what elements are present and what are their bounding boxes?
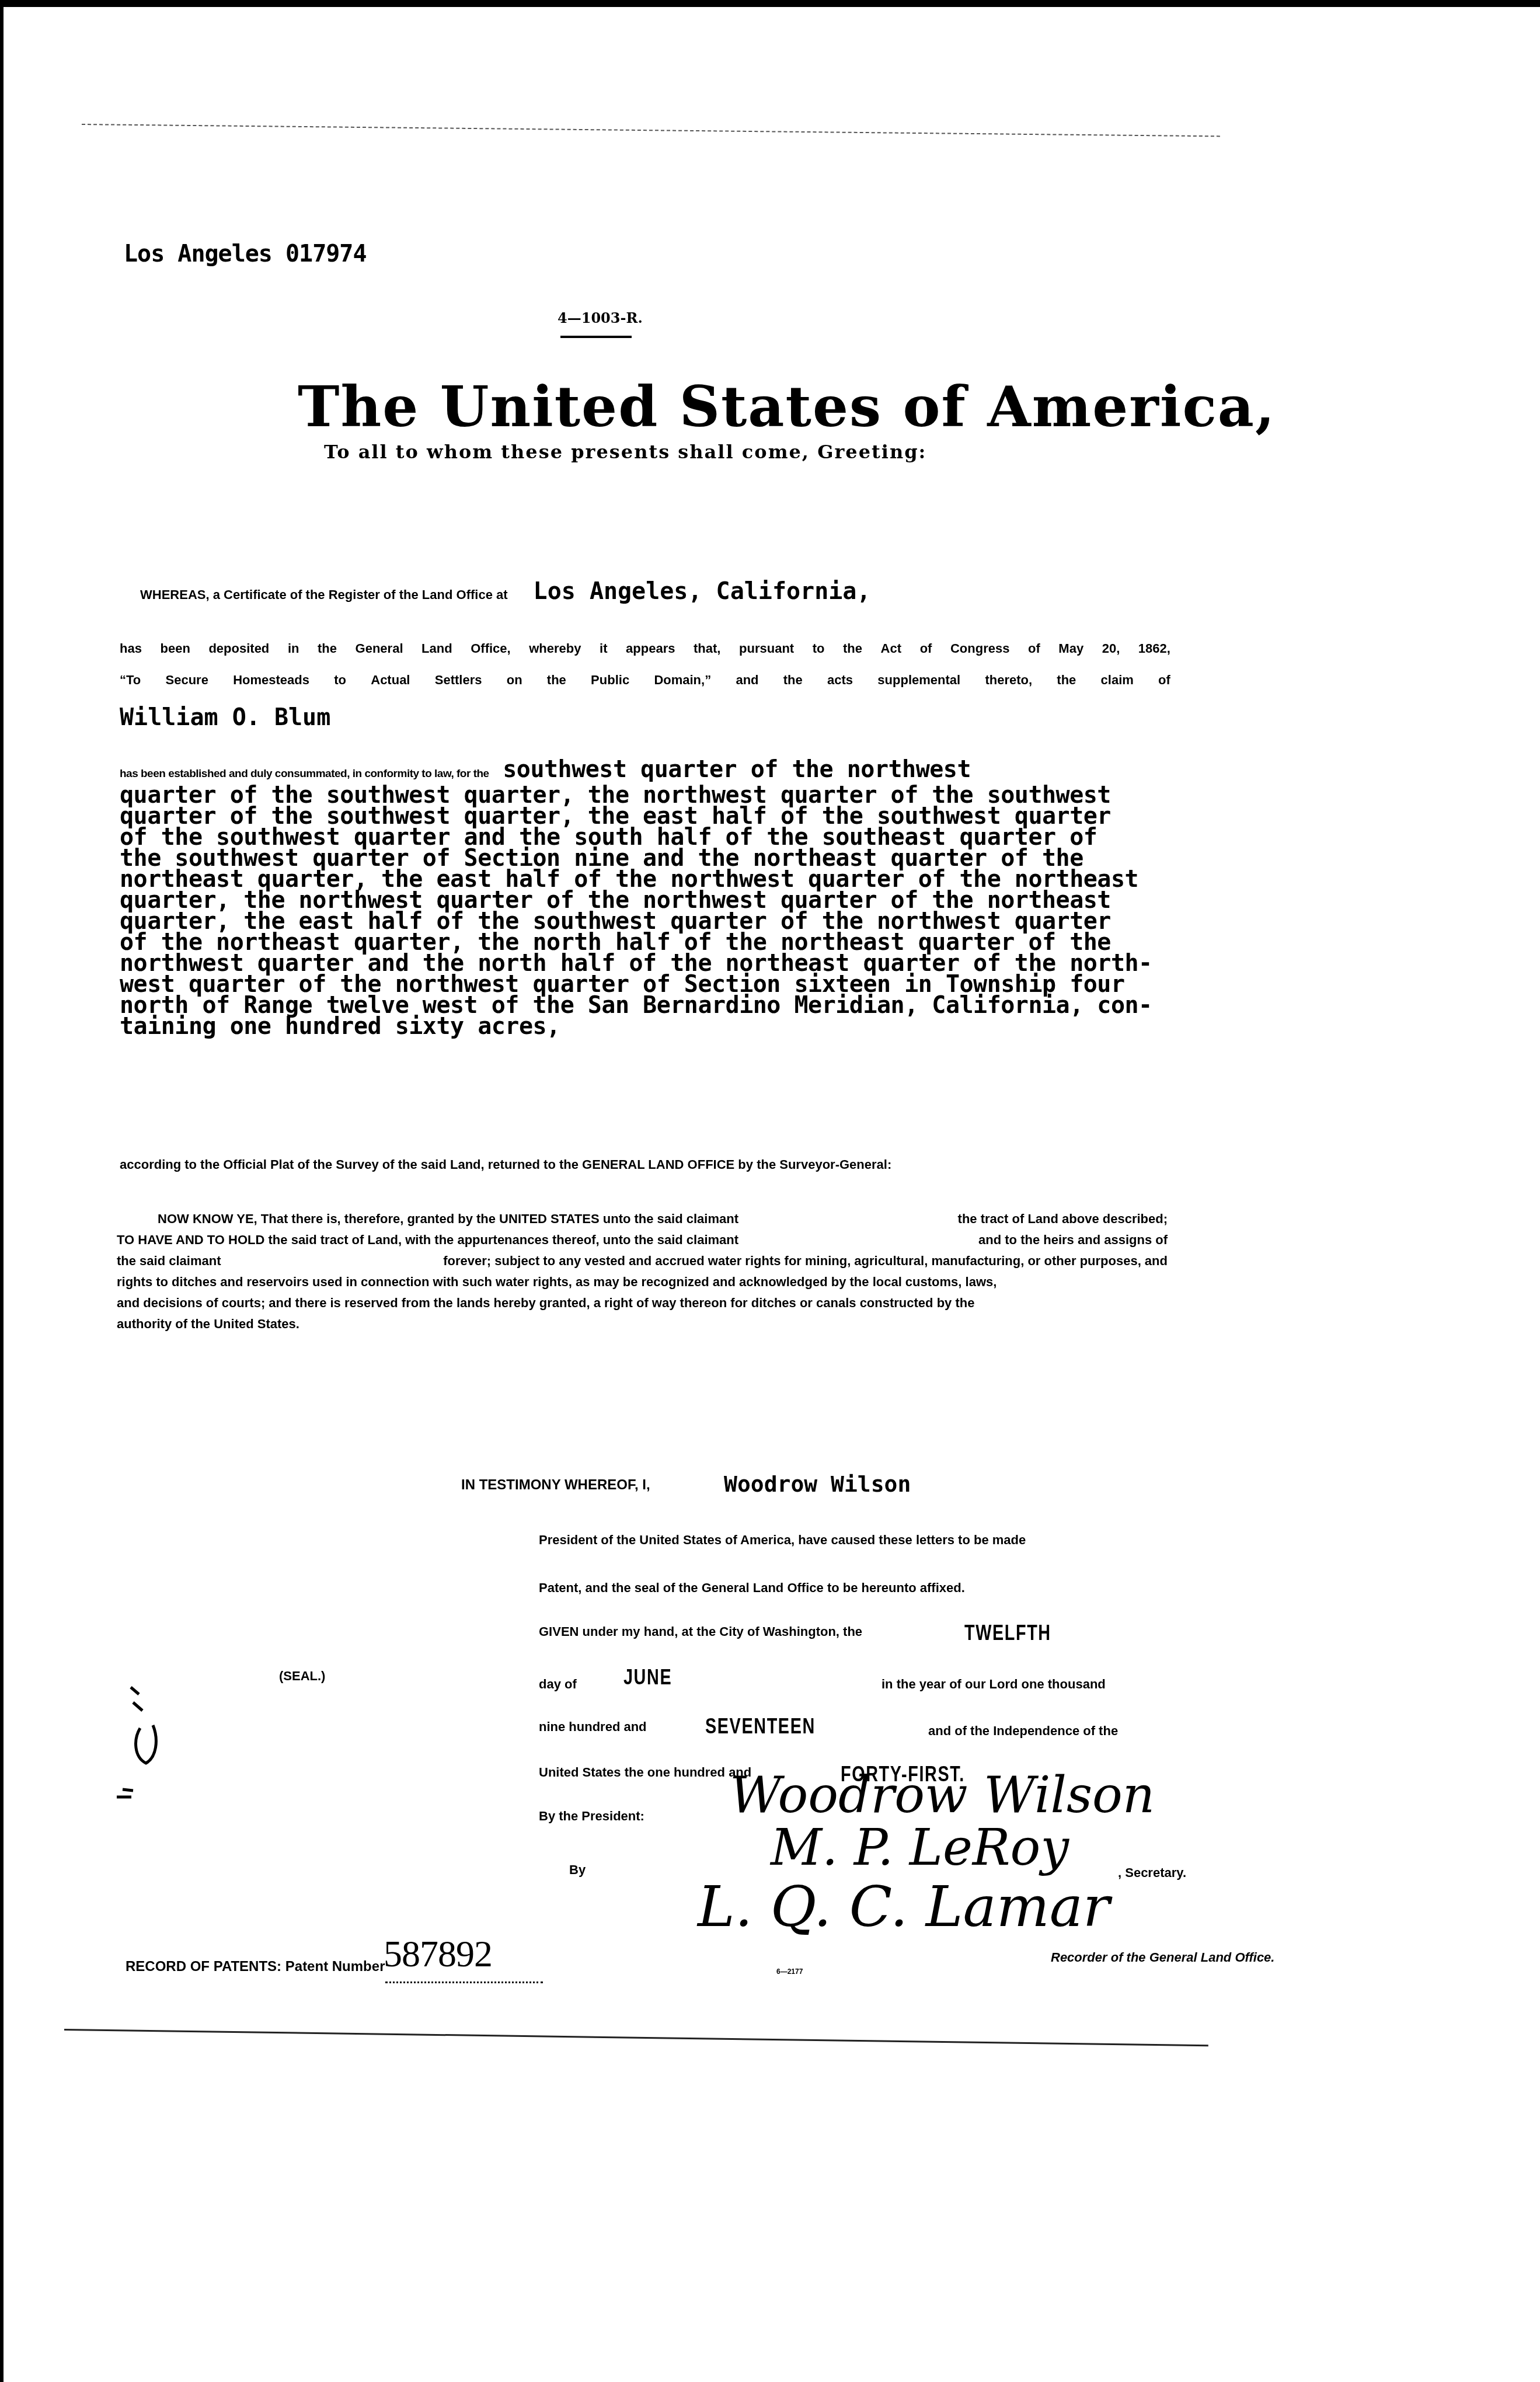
whereas-line: WHEREAS, a Certificate of the Register o… [140, 578, 871, 605]
grant-line-segment: the said claimant [117, 1251, 221, 1272]
scan-rule-bottom [64, 2029, 1208, 2046]
seal-label: (SEAL.) [279, 1669, 325, 1684]
land-office-location: Los Angeles, California, [534, 578, 871, 605]
whereas-2-word: 1862, [1138, 641, 1170, 656]
whereas-line-3: “ToSecureHomesteadstoActualSettlersonthe… [120, 673, 1170, 688]
whereas-2-word: deposited [208, 641, 269, 656]
whereas-2-word: 20, [1102, 641, 1120, 656]
day-of-label: day of [539, 1677, 577, 1692]
whereas-2-word: the [843, 641, 862, 656]
whereas-line-2: hasbeendepositedintheGeneralLandOffice,w… [120, 641, 1170, 656]
document-title: The United States of America, [298, 374, 1276, 440]
month-value: JUNE [623, 1665, 672, 1690]
whereas-3-word: claim [1101, 673, 1134, 688]
form-code: 6—2177 [776, 1967, 803, 1976]
whereas-2-word: has [120, 641, 142, 656]
grant-line: and decisions of courts; and there is re… [117, 1293, 1168, 1314]
whereas-3-word: of [1158, 673, 1170, 688]
grant-clause: NOW KNOW YE, That there is, therefore, g… [117, 1209, 1168, 1335]
grant-line: rights to ditches and reservoirs used in… [117, 1272, 1168, 1293]
form-number-rule [560, 336, 632, 338]
land-description: has been established and duly consummate… [120, 759, 1170, 1037]
whereas-3-word: the [547, 673, 566, 688]
grant-line-segment: the tract of Land above described; [958, 1209, 1168, 1230]
whereas-3-word: to [334, 673, 346, 688]
whereas-2-word: Congress [950, 641, 1009, 656]
whereas-2-word: Act [881, 641, 901, 656]
whereas-3-word: Actual [371, 673, 410, 688]
whereas-3-word: supplemental [877, 673, 960, 688]
land-first: southwest quarter of the northwest [503, 756, 971, 783]
us-hundred-label: United States the one hundred and [539, 1765, 751, 1780]
claimant-name: William O. Blum [120, 704, 330, 731]
file-number: Los Angeles 017974 [124, 241, 366, 267]
plat-statement: according to the Official Plat of the Su… [120, 1157, 891, 1172]
whereas-3-word: “To [120, 673, 141, 688]
secretary-signature: M. P. LeRoy [771, 1819, 1069, 1877]
patent-number-underline [385, 1981, 543, 1983]
grant-line-segment: and decisions of courts; and there is re… [117, 1293, 974, 1314]
given-line: GIVEN under my hand, at the City of Wash… [539, 1624, 862, 1639]
patent-number: 587892 [384, 1932, 492, 1976]
whereas-2-word: in [288, 641, 299, 656]
whereas-2-word: Land [421, 641, 452, 656]
whereas-3-word: Settlers [435, 673, 482, 688]
year-lord-label: in the year of our Lord one thousand [882, 1677, 1106, 1692]
whereas-2-word: pursuant [739, 641, 794, 656]
president-signature: Woodrow Wilson [730, 1766, 1155, 1824]
whereas-2-word: May [1058, 641, 1083, 656]
by-president-label: By the President: [539, 1809, 644, 1824]
seal-marks-icon [105, 1670, 175, 1822]
whereas-3-word: Public [591, 673, 629, 688]
whereas-3-word: Homesteads [233, 673, 309, 688]
scan-border-left [0, 0, 4, 2382]
scan-border-top [0, 0, 1540, 7]
scan-rule-top [82, 124, 1220, 137]
testimony-line-2: Patent, and the seal of the General Land… [539, 1580, 965, 1596]
independence-label: and of the Independence of the [928, 1723, 1118, 1739]
grant-line-segment: TO HAVE AND TO HOLD the said tract of La… [117, 1230, 738, 1251]
year-value: SEVENTEEN [705, 1714, 816, 1739]
whereas-3-word: acts [827, 673, 853, 688]
whereas-2-word: of [920, 641, 932, 656]
whereas-3-word: Secure [166, 673, 208, 688]
grant-line: TO HAVE AND TO HOLD the said tract of La… [117, 1230, 1168, 1251]
whereas-2-word: of [1028, 641, 1040, 656]
grant-line-segment: forever; subject to any vested and accru… [443, 1251, 1168, 1272]
testimony-intro: IN TESTIMONY WHEREOF, I, [461, 1477, 650, 1493]
land-line-first: has been established and duly consummate… [120, 759, 1170, 785]
whereas-2-word: it [600, 641, 607, 656]
recorder-label: Recorder of the General Land Office. [1051, 1950, 1274, 1965]
day-value: TWELFTH [964, 1621, 1051, 1645]
whereas-2-word: the [318, 641, 337, 656]
land-lines: quarter of the southwest quarter, the no… [120, 785, 1170, 1037]
whereas-3-word: thereto, [985, 673, 1032, 688]
whereas-3-word: the [783, 673, 803, 688]
grant-line-segment: authority of the United States. [117, 1314, 299, 1335]
whereas-3-word: and [736, 673, 758, 688]
form-number: 4—1003-R. [558, 309, 643, 326]
whereas-3-word: Domain,” [654, 673, 711, 688]
whereas-2-word: Office, [471, 641, 510, 656]
record-of-patents-label: RECORD OF PATENTS: Patent Number [126, 1959, 385, 1975]
president-name: Woodrow Wilson [724, 1471, 911, 1497]
whereas-2-word: that, [694, 641, 720, 656]
grant-line: authority of the United States. [117, 1314, 1168, 1335]
greeting: To all to whom these presents shall come… [324, 441, 926, 463]
testimony-line-1: President of the United States of Americ… [539, 1533, 1026, 1548]
whereas-2-word: whereby [529, 641, 581, 656]
whereas-2-word: been [160, 641, 190, 656]
recorder-signature: L. Q. C. Lamar [698, 1874, 1110, 1939]
land-intro: has been established and duly consummate… [120, 768, 489, 780]
whereas-3-word: on [507, 673, 522, 688]
by-label: By [569, 1862, 586, 1878]
grant-line-segment: rights to ditches and reservoirs used in… [117, 1272, 997, 1293]
whereas-2-word: General [356, 641, 403, 656]
whereas-intro: WHEREAS, a Certificate of the Register o… [140, 587, 508, 602]
land-line: taining one hundred sixty acres, [120, 1016, 1170, 1037]
whereas-3-word: the [1057, 673, 1076, 688]
grant-line-segment: and to the heirs and assigns of [978, 1230, 1168, 1251]
grant-line-segment: NOW KNOW YE, That there is, therefore, g… [158, 1209, 738, 1230]
whereas-2-word: appears [626, 641, 675, 656]
grant-line: NOW KNOW YE, That there is, therefore, g… [117, 1209, 1168, 1230]
whereas-2-word: to [813, 641, 825, 656]
patent-document: Los Angeles 017974 4—1003-R. The United … [0, 0, 1540, 2382]
secretary-label: , Secretary. [1118, 1865, 1186, 1880]
nine-hundred-label: nine hundred and [539, 1719, 647, 1735]
grant-line: the said claimantforever; subject to any… [117, 1251, 1168, 1272]
